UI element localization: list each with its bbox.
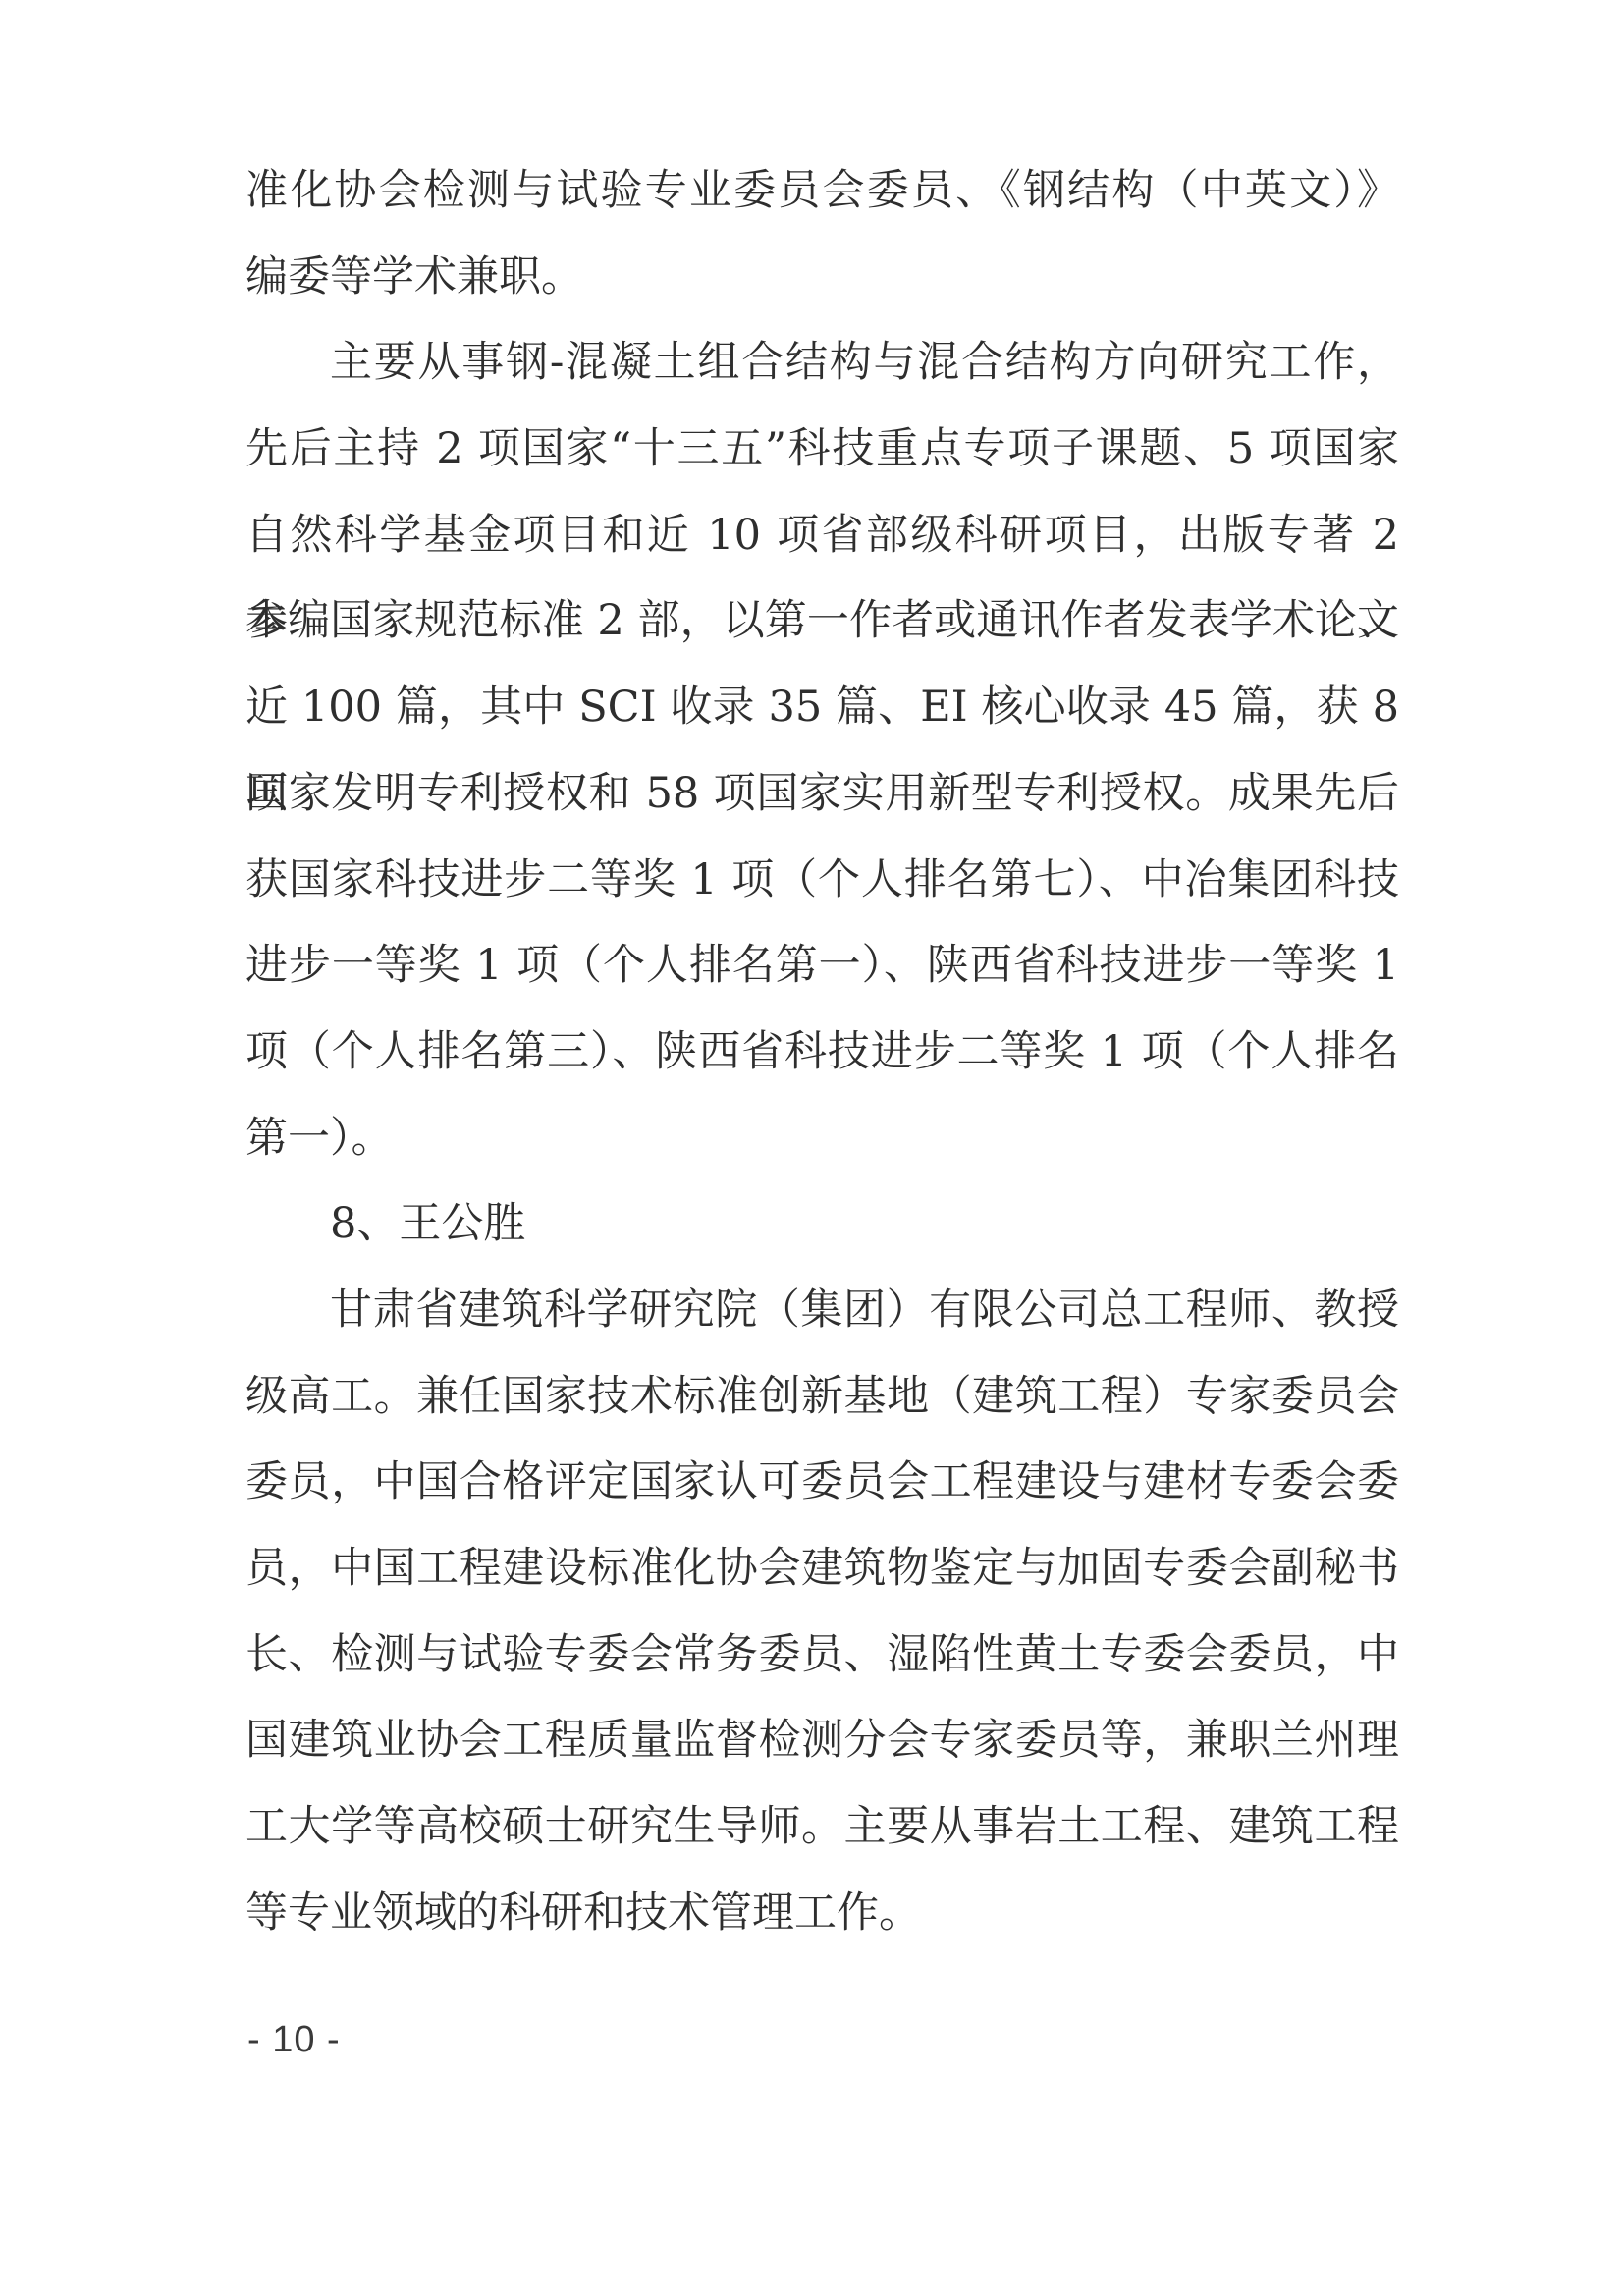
text-line: 级高工。兼任国家技术标准创新基地（建筑工程）专家委员会 <box>245 1354 1399 1441</box>
text-line: 自然科学基金项目和近 10 项省部级科研项目，出版专著 2 本、 <box>245 493 1399 579</box>
text-line: 8、王公胜 <box>245 1181 1399 1268</box>
text-line: 进步一等奖 1 项（个人排名第一）、陕西省科技进步一等奖 1 <box>245 923 1399 1010</box>
body-text: 准化协会检测与试验专业委员会委员、《钢结构（中英文）》编委等学术兼职。主要从事钢… <box>245 148 1399 1956</box>
text-line: 项（个人排名第三）、陕西省科技进步二等奖 1 项（个人排名 <box>245 1010 1399 1096</box>
text-line: 主要从事钢-混凝土组合结构与混合结构方向研究工作， <box>245 320 1399 407</box>
text-line: 获国家科技进步二等奖 1 项（个人排名第七）、中冶集团科技 <box>245 838 1399 924</box>
text-line: 第一）。 <box>245 1096 1399 1182</box>
text-line: 工大学等高校硕士研究生导师。主要从事岩土工程、建筑工程 <box>245 1784 1399 1871</box>
text-line: 准化协会检测与试验专业委员会委员、《钢结构（中英文）》 <box>245 148 1399 235</box>
text-line: 先后主持 2 项国家“十三五”科技重点专项子课题、5 项国家 <box>245 407 1399 493</box>
text-line: 国家发明专利授权和 58 项国家实用新型专利授权。成果先后 <box>245 751 1399 838</box>
text-line: 员，中国工程建设标准化协会建筑物鉴定与加固专委会副秘书 <box>245 1526 1399 1613</box>
text-line: 近 100 篇，其中 SCI 收录 35 篇、EI 核心收录 45 篇，获 8 … <box>245 665 1399 751</box>
text-line: 甘肃省建筑科学研究院（集团）有限公司总工程师、教授 <box>245 1268 1399 1354</box>
page-number: - 10 - <box>247 2019 341 2061</box>
text-line: 长、检测与试验专委会常务委员、湿陷性黄土专委会委员，中 <box>245 1613 1399 1699</box>
text-line: 等专业领域的科研和技术管理工作。 <box>245 1871 1399 1957</box>
text-line: 国建筑业协会工程质量监督检测分会专家委员等，兼职兰州理 <box>245 1698 1399 1784</box>
text-line: 委员，中国合格评定国家认可委员会工程建设与建材专委会委 <box>245 1440 1399 1526</box>
document-page: 准化协会检测与试验专业委员会委员、《钢结构（中英文）》编委等学术兼职。主要从事钢… <box>0 0 1623 2296</box>
text-line: 参编国家规范标准 2 部，以第一作者或通讯作者发表学术论文 <box>245 578 1399 665</box>
text-line: 编委等学术兼职。 <box>245 235 1399 321</box>
